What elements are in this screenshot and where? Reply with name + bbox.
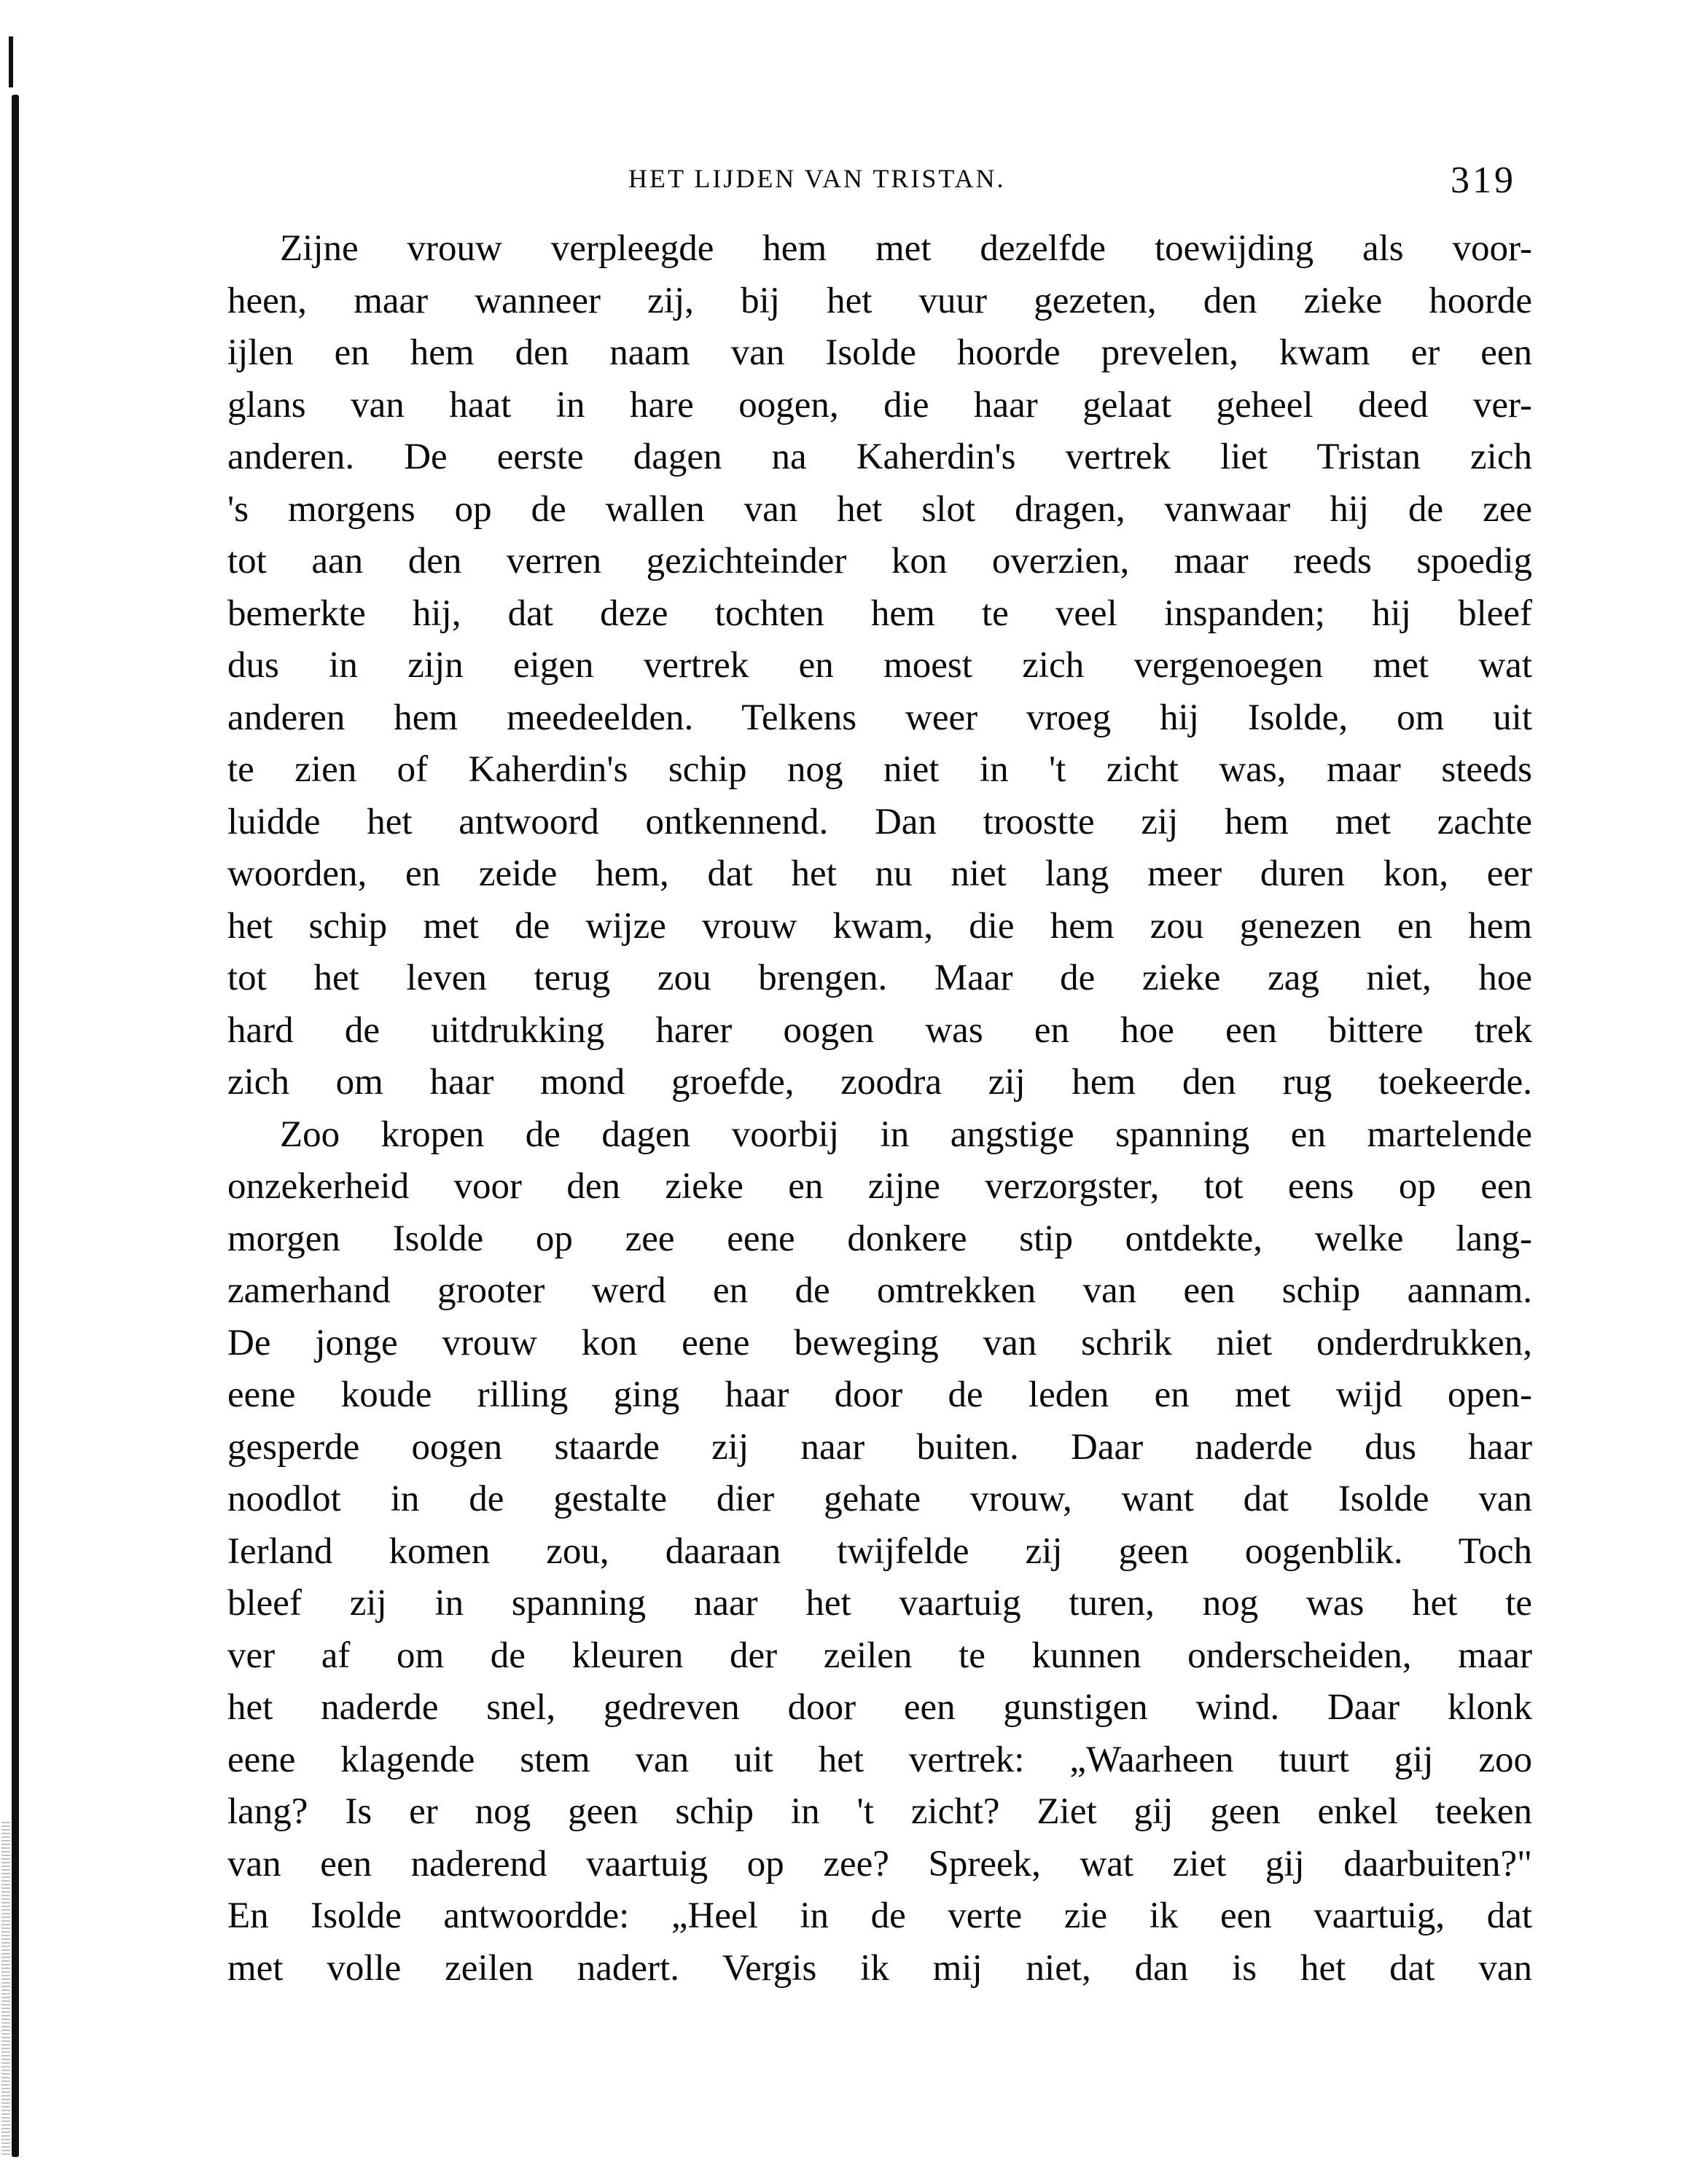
text-line: het schip met de wijze vrouw kwam, die h… — [227, 901, 1532, 953]
text-line: woorden, en zeide hem, dat het nu niet l… — [227, 848, 1532, 901]
scan-edge-artifact-top — [9, 36, 13, 87]
scan-edge-artifact — [12, 95, 19, 2157]
text-line: eene klagende stem van uit het vertrek: … — [227, 1734, 1532, 1787]
text-line: De jonge vrouw kon eene beweging van sch… — [227, 1318, 1532, 1370]
text-line: En Isolde antwoordde: „Heel in de verte … — [227, 1890, 1532, 1943]
text-line: van een naderend vaartuig op zee? Spreek… — [227, 1839, 1532, 1891]
text-line: met volle zeilen nadert. Vergis ik mij n… — [227, 1943, 1532, 1995]
scan-noise-artifact — [1, 1822, 10, 2157]
running-title: HET LIJDEN VAN TRISTAN. — [628, 163, 1005, 194]
text-line: ijlen en hem den naam van Isolde hoorde … — [227, 327, 1532, 380]
text-line: 's morgens op de wallen van het slot dra… — [227, 484, 1532, 536]
text-line: onzekerheid voor den zieke en zijne verz… — [227, 1161, 1532, 1213]
text-line: eene koude rilling ging haar door de led… — [227, 1369, 1532, 1422]
text-line: Zoo kropen de dagen voorbij in angstige … — [227, 1109, 1532, 1162]
text-line: te zien of Kaherdin's schip nog niet in … — [227, 744, 1532, 797]
text-line: gesperde oogen staarde zij naar buiten. … — [227, 1422, 1532, 1474]
text-line: Ierland komen zou, daaraan twijfelde zij… — [227, 1526, 1532, 1578]
paragraph-2: Zoo kropen de dagen voorbij in angstige … — [227, 1109, 1532, 1995]
text-line: morgen Isolde op zee eene donkere stip o… — [227, 1213, 1532, 1266]
text-line: heen, maar wanneer zij, bij het vuur gez… — [227, 275, 1532, 328]
text-line: noodlot in de gestalte dier gehate vrouw… — [227, 1473, 1532, 1526]
text-line: zamerhand grooter werd en de omtrekken v… — [227, 1265, 1532, 1318]
text-line: ver af om de kleuren der zeilen te kunne… — [227, 1630, 1532, 1683]
text-line: tot het leven terug zou brengen. Maar de… — [227, 952, 1532, 1005]
text-line: zich om haar mond groefde, zoodra zij he… — [227, 1057, 1532, 1109]
text-line: Zijne vrouw verpleegde hem met dezelfde … — [227, 223, 1532, 275]
text-line: luidde het antwoord ontkennend. Dan troo… — [227, 797, 1532, 849]
page-number: 319 — [1451, 159, 1516, 202]
text-line: dus in zijn eigen vertrek en moest zich … — [227, 640, 1532, 692]
running-header: HET LIJDEN VAN TRISTAN. 319 — [0, 159, 1694, 195]
text-line: het naderde snel, gedreven door een guns… — [227, 1682, 1532, 1734]
text-line: bemerkte hij, dat deze tochten hem te ve… — [227, 588, 1532, 641]
text-line: anderen hem meedeelden. Telkens weer vro… — [227, 692, 1532, 745]
paragraph-1: Zijne vrouw verpleegde hem met dezelfde … — [227, 223, 1532, 1109]
text-line: bleef zij in spanning naar het vaartuig … — [227, 1578, 1532, 1630]
text-line: tot aan den verren gezichteinder kon ove… — [227, 536, 1532, 588]
text-line: glans van haat in hare oogen, die haar g… — [227, 380, 1532, 432]
text-line: anderen. De eerste dagen na Kaherdin's v… — [227, 431, 1532, 484]
text-line: lang? Is er nog geen schip in 't zicht? … — [227, 1786, 1532, 1839]
body-text: Zijne vrouw verpleegde hem met dezelfde … — [227, 223, 1532, 1995]
text-line: hard de uitdrukking harer oogen was en h… — [227, 1005, 1532, 1057]
